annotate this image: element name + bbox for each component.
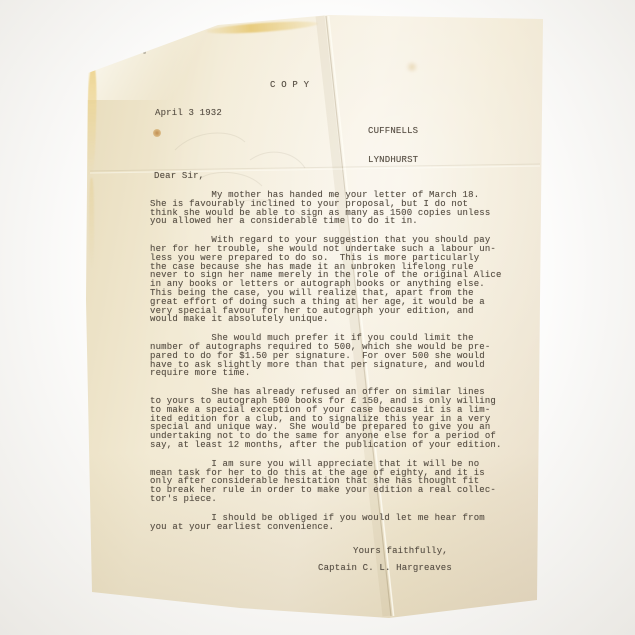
- date-line: April 3 1932: [155, 108, 222, 118]
- copy-heading: C O P Y: [270, 80, 309, 90]
- body-line: you at your earliest convenience.: [150, 523, 510, 532]
- letter-content: C O P Y April 3 1932 CUFFNELLS LYNDHURST…: [80, 10, 550, 625]
- body-line: require more time.: [150, 369, 510, 378]
- body-line: would make it absolutely unique.: [150, 315, 510, 324]
- paragraph: I am sure you will appreciate that it wi…: [150, 460, 510, 504]
- paragraph: I should be obliged if you would let me …: [150, 514, 510, 532]
- body-line: you allowed her a considerable time to d…: [150, 217, 510, 226]
- valediction: Yours faithfully,: [353, 546, 448, 556]
- body-line: say, at least 12 months, after the publi…: [150, 441, 510, 450]
- photo-background: C O P Y April 3 1932 CUFFNELLS LYNDHURST…: [0, 0, 635, 635]
- letter-body: My mother has handed me your letter of M…: [150, 191, 510, 541]
- address-line-1: CUFFNELLS: [368, 127, 418, 137]
- address-line-2: LYNDHURST: [368, 156, 418, 166]
- paragraph: My mother has handed me your letter of M…: [150, 191, 510, 226]
- paragraph: She has already refused an offer on simi…: [150, 388, 510, 450]
- address-block: CUFFNELLS LYNDHURST: [368, 108, 418, 184]
- paragraph: With regard to your suggestion that you …: [150, 236, 510, 324]
- letter-paper: C O P Y April 3 1932 CUFFNELLS LYNDHURST…: [80, 10, 550, 625]
- paragraph: She would much prefer it if you could li…: [150, 334, 510, 378]
- signature-line: Captain C. L. Hargreaves: [318, 563, 452, 573]
- body-line: tor's piece.: [150, 495, 510, 504]
- salutation: Dear Sir,: [154, 171, 204, 181]
